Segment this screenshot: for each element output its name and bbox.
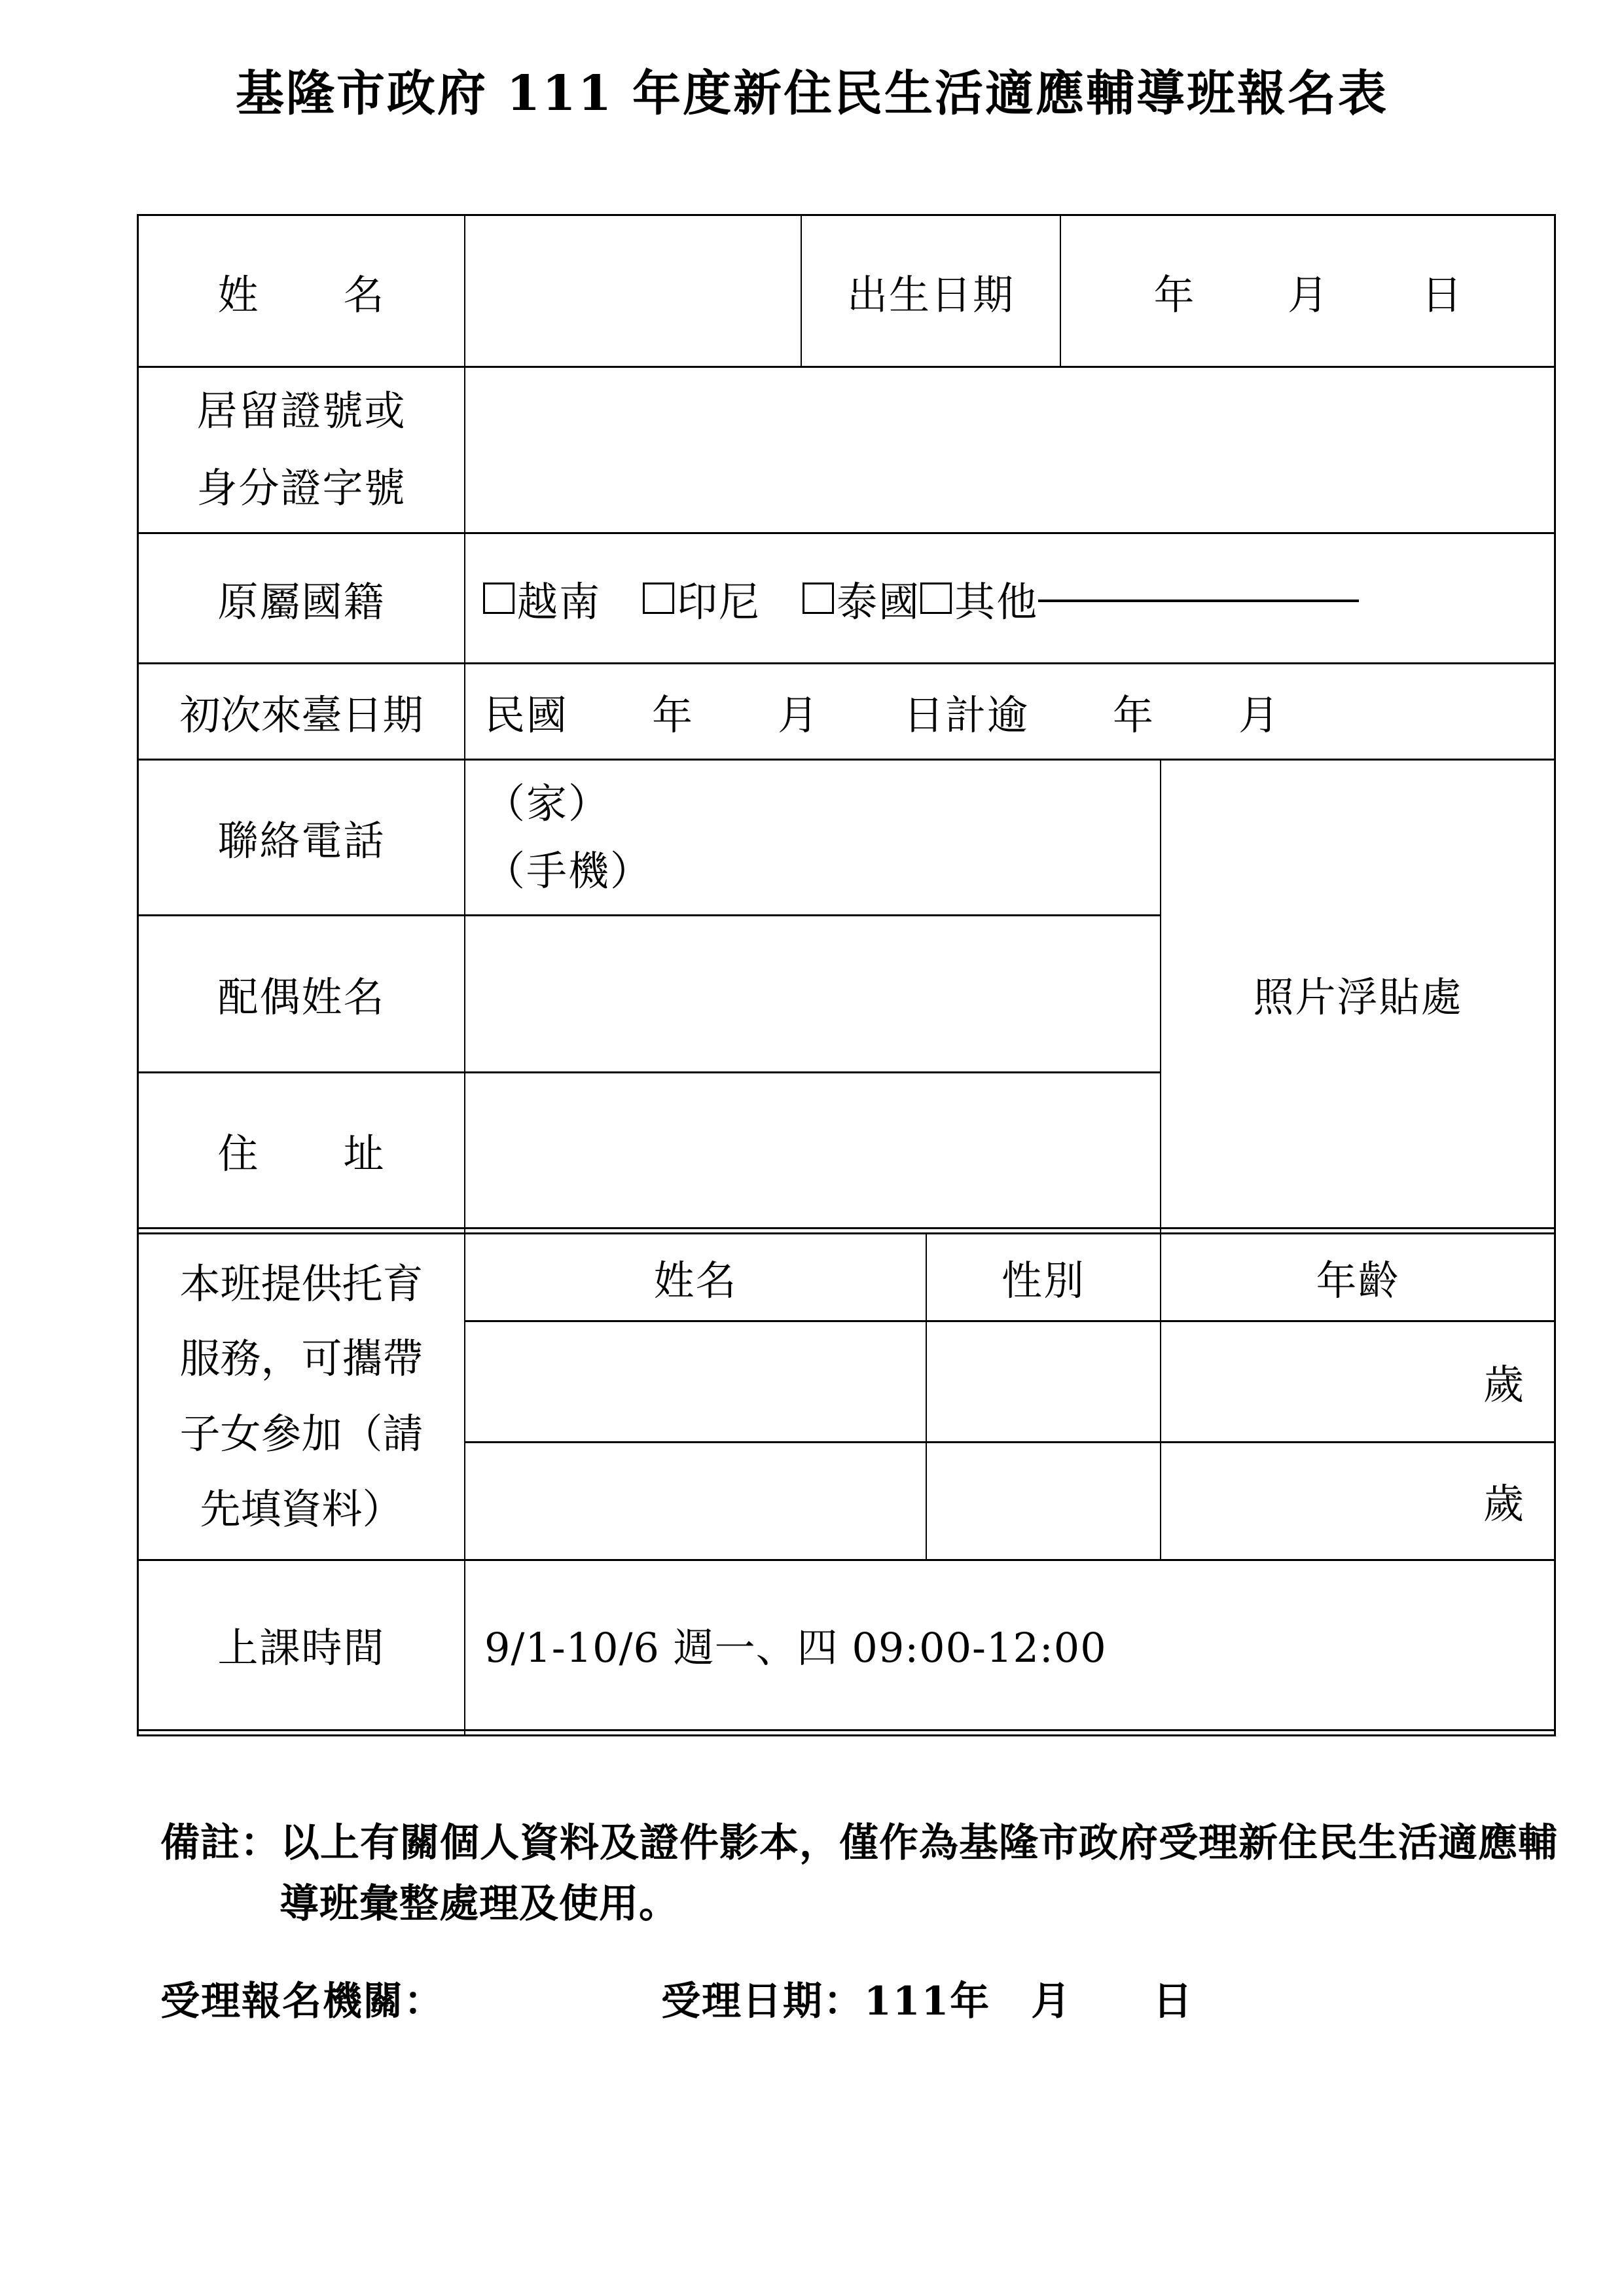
childcare-note-label: 本班提供托育 服務，可攜帶 子女參加（請 先填資料） (138, 1234, 465, 1559)
phone-home-line: （家） (484, 780, 610, 828)
nationality-label: 原屬國籍 (138, 534, 465, 662)
birth-date-ymd-row: 年 月 日 (1062, 216, 1555, 367)
resident-id-label: 居留證號或 身分證字號 (138, 368, 465, 531)
accept-agency-label: 受理報名機關： (160, 1970, 444, 2026)
phone-mobile-line: （手機） (484, 847, 652, 895)
spouse-name-field[interactable] (466, 916, 1160, 1070)
photo-cell: 照片浮貼處 (1161, 761, 1555, 1227)
child-2-age-unit: 歲 (1161, 1443, 1555, 1558)
phone-label: 聯絡電話 (138, 761, 465, 914)
child-age-header: 年齡 (1161, 1234, 1555, 1320)
child-2-name-field[interactable] (466, 1443, 924, 1558)
resident-id-label-line1: 居留證號或 (196, 372, 406, 450)
child-2-gender-field[interactable] (928, 1443, 1159, 1558)
table-double-border-line (138, 1734, 1556, 1736)
childcare-note-line1: 本班提供托育 (179, 1247, 423, 1322)
first-arrival-label: 初次來臺日期 (138, 664, 465, 759)
child-1-age-unit: 歲 (1161, 1322, 1555, 1440)
first-arrival-value: 民國 年 月 日計逾 年 月 (465, 664, 1576, 759)
class-time-value: 9/1-10/6 週一、四 09:00-12:00 (465, 1561, 1576, 1728)
childcare-note-line3: 子女參加（請 (179, 1397, 423, 1472)
note-paragraph: 備註：以上有關個人資料及證件影本，僅作為基隆市政府受理新住民生活適應輔導班彙整處… (160, 1813, 1595, 1935)
checkbox-thailand[interactable] (803, 583, 834, 614)
nationality-option-indonesia: 印尼 (677, 569, 761, 628)
nationality-options-row: 越南 印尼 泰國其他 (465, 534, 1574, 662)
nationality-option-thailand: 泰國 (837, 569, 920, 628)
class-time-label: 上課時間 (138, 1561, 465, 1728)
childcare-note-line4: 先填資料） (200, 1472, 403, 1547)
photo-label: 照片浮貼處 (1253, 965, 1462, 1023)
other-nationality-underline[interactable] (1038, 594, 1359, 602)
checkbox-other[interactable] (920, 583, 952, 614)
childcare-note-line2: 服務，可攜帶 (179, 1321, 423, 1397)
child-1-gender-field[interactable] (928, 1322, 1159, 1440)
nationality-option-other: 其他 (954, 569, 1038, 628)
address-label: 住 址 (138, 1073, 465, 1227)
table-double-border-line (138, 1227, 1556, 1229)
child-gender-header: 性別 (926, 1234, 1161, 1320)
accept-date-label: 受理日期：111年 月 日 (661, 1970, 1193, 2026)
birth-month-label: 月 (1288, 262, 1329, 321)
birth-year-label: 年 (1153, 262, 1195, 321)
phone-value: （家） （手機） (465, 761, 1180, 914)
form-title: 基隆市政府 111 年度新住民生活適應輔導班報名表 (0, 58, 1624, 130)
birth-date-label: 出生日期 (801, 216, 1060, 367)
checkbox-indonesia[interactable] (643, 583, 674, 614)
page: 基隆市政府 111 年度新住民生活適應輔導班報名表 姓 名 出生日期 年 月 日… (0, 0, 1624, 2296)
address-field[interactable] (466, 1073, 1160, 1226)
nationality-option-vietnam: 越南 (517, 569, 601, 628)
resident-id-field[interactable] (466, 368, 1553, 531)
spacer (601, 569, 643, 628)
footer-row: 受理報名機關： 受理日期：111年 月 日 (0, 1970, 1624, 2029)
resident-id-label-line2: 身分證字號 (196, 450, 406, 527)
checkbox-vietnam[interactable] (483, 583, 514, 614)
table-double-border-line (138, 1729, 1556, 1731)
name-label: 姓 名 (138, 216, 465, 367)
child-1-name-field[interactable] (466, 1322, 924, 1440)
spacer (761, 569, 803, 628)
spouse-name-label: 配偶姓名 (138, 916, 465, 1071)
birth-day-label: 日 (1421, 262, 1463, 321)
child-name-header: 姓名 (465, 1234, 926, 1320)
name-field[interactable] (466, 216, 800, 365)
